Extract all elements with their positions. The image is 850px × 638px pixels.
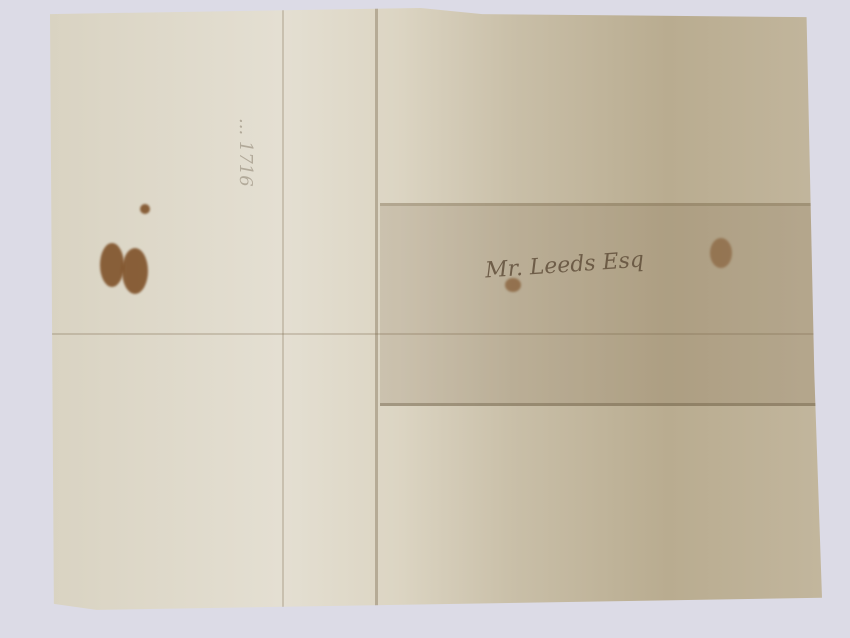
address-panel — [380, 206, 820, 406]
ink-stain — [140, 204, 150, 214]
fold-line — [380, 203, 820, 206]
fold-line — [380, 403, 820, 406]
fold-line — [375, 8, 378, 616]
ink-stain — [710, 238, 732, 268]
ink-stain — [122, 248, 148, 294]
bleed-through-text: ... 1716 — [235, 118, 256, 187]
fold-line — [50, 333, 822, 335]
ink-stain — [100, 243, 124, 287]
fold-line — [282, 8, 284, 616]
letter-paper: ... 1716 Mr. Leeds Esq — [50, 8, 822, 616]
